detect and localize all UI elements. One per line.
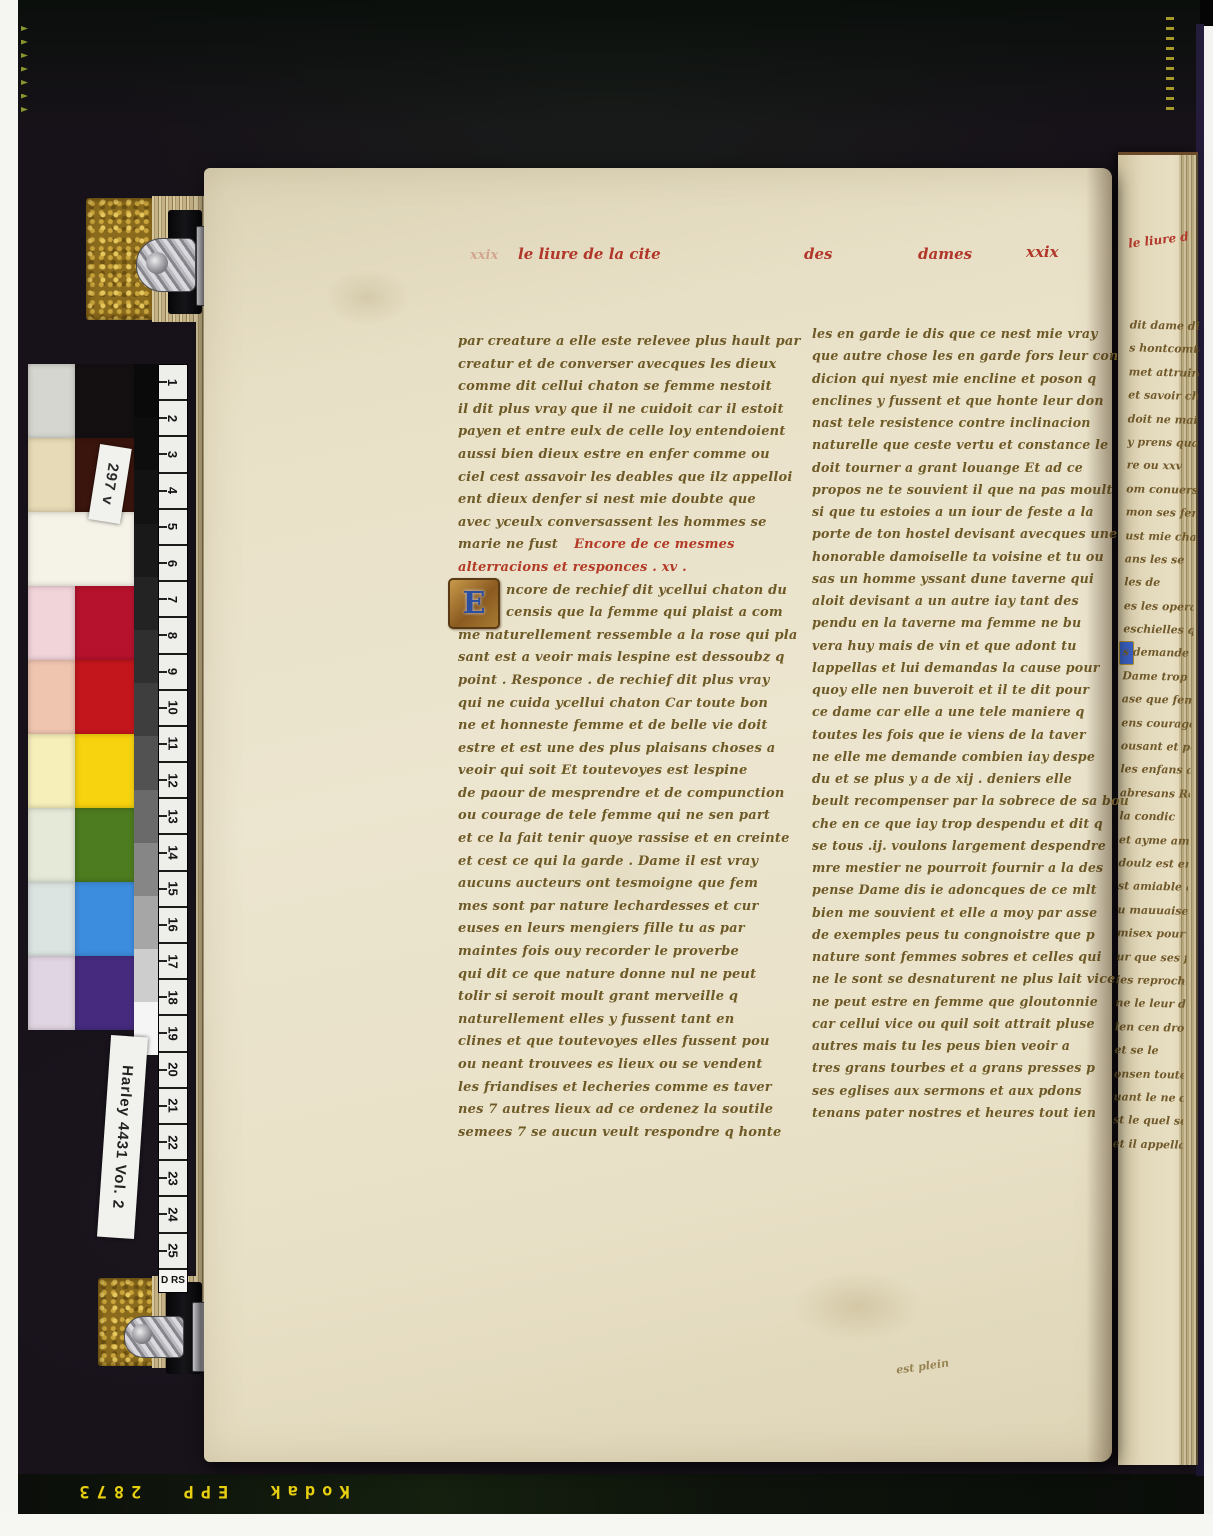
grayscale-step (134, 417, 158, 470)
illuminated-initial: E (448, 578, 500, 629)
text-line: pendu en la taverne ma femme ne bu (812, 615, 1100, 637)
grayscale-step (134, 364, 158, 417)
text-line: du et se plus y a de xij . deniers elle (812, 771, 1100, 793)
text-line: nature sont femmes sobres et celles qui (812, 949, 1100, 971)
text-line: comme dit cellui chaton se femme nestoit (458, 379, 754, 402)
ruler-unit: 13 (159, 799, 187, 835)
text-line: semees 7 se aucun veult respondre q hont… (458, 1125, 754, 1148)
text-line: me naturellement ressemble a la rose qui… (458, 628, 754, 651)
text-line: bien me souvient et elle a moy par asse (812, 905, 1100, 927)
text-line: tenans pater nostres et heures tout ien (812, 1105, 1100, 1127)
ruler-number: 4 (165, 487, 180, 494)
color-target-row (28, 808, 135, 882)
text-line: enclines y fussent et que honte leur don (812, 393, 1100, 415)
text-line: se tous .ij. voulons largement despendre (812, 838, 1100, 860)
facing-text-line: ust mie charre (1125, 529, 1195, 554)
ruler-number: 2 (165, 415, 180, 422)
text-line: doit tourner a grant louange Et ad ce (812, 460, 1100, 482)
text-line: veoir qui soit Et toutevoyes est lespine (458, 763, 754, 786)
facing-text-line: st amiable que (1118, 880, 1188, 905)
text-line: nes 7 autres lieux ad ce ordenez la sout… (458, 1102, 754, 1125)
text-line: ne le sont se desnaturent ne plus lait v… (812, 971, 1100, 993)
ruler-unit: 16 (159, 908, 187, 944)
color-target-row (28, 882, 135, 956)
facing-text-line: s demande que (1122, 646, 1192, 671)
facing-text-line: re ou xxv (1126, 459, 1196, 484)
facing-text-line: ase que fem (1121, 693, 1191, 718)
text-line: quoy elle nen buveroit et il te dit pour (812, 682, 1100, 704)
color-patch (75, 364, 135, 438)
text-line: tolir si seroit moult grant merveille q (458, 989, 754, 1012)
text-line: les en garde ie dis que ce nest mie vray (812, 326, 1100, 348)
ruler-number: 25 (166, 1243, 181, 1257)
color-patch (75, 882, 135, 956)
facing-text-line: y prens quald (1127, 435, 1197, 460)
ruler-unit: 14 (159, 835, 187, 871)
text-line: de paour de mesprendre et de compunction (458, 786, 754, 809)
color-patch (28, 734, 75, 808)
ruler-number: 14 (166, 845, 181, 859)
ruler-number: 20 (166, 1062, 181, 1076)
ruler-unit: 7 (159, 582, 187, 618)
facing-text-line: u mauuaise ge (1117, 903, 1187, 928)
ruler-unit: 10 (159, 691, 187, 727)
ruler-number: 19 (166, 1026, 181, 1040)
ruler-number: 5 (165, 523, 180, 530)
clasp-rivet-top (146, 252, 168, 274)
facing-text-line: dit dame dis re (1129, 318, 1199, 343)
text-line: les friandises et lecheries comme es tav… (458, 1080, 754, 1103)
text-line: aucuns aucteurs ont tesmoigne que fem (458, 876, 754, 899)
facing-text-line: abresans Resp (1120, 786, 1190, 811)
grayscale-step (134, 630, 158, 683)
facing-text-line: doit ne mais le (1127, 412, 1197, 437)
facing-text-line: uant le ne dit (1113, 1090, 1183, 1115)
grayscale-step (134, 843, 158, 896)
ruler-number: 23 (166, 1171, 181, 1185)
text-line: propos ne te souvient il que na pas moul… (812, 482, 1100, 504)
text-line: qui ne cuida ycellui chaton Car toute bo… (458, 696, 754, 719)
text-line: ne peut estre en femme que gloutonnie (812, 994, 1100, 1016)
text-line: euses en leurs mengiers fille tu as par (458, 921, 754, 944)
facing-text-line: et savoir chose (1128, 389, 1198, 414)
facing-text-line: et ayme amiab (1119, 833, 1189, 858)
photographed-manuscript-scene: { "photo": { "film_label": "Kodak EPP 28… (0, 0, 1213, 1536)
facing-text-line: ens courage et (1121, 716, 1191, 741)
ruler-unit: 6 (159, 546, 187, 582)
ruler-number: 22 (166, 1135, 181, 1149)
text-line: maintes fois ouy recorder le proverbe (458, 944, 754, 967)
ruler-unit: 1 (159, 365, 187, 401)
rubric-red-text: Encore de ce mesmes (574, 537, 735, 552)
text-line: pense Dame dis ie adoncques de ce mlt (812, 882, 1100, 904)
text-line: et cest ce qui la garde . Dame il est vr… (458, 854, 754, 877)
text-line: ou courage de tele femme qui ne sen part (458, 808, 754, 831)
ruler-unit: 11 (159, 727, 187, 763)
folio-label-text: 297 v (98, 462, 121, 507)
color-target-row (28, 660, 135, 734)
text-line: creatur et de converser avecques les die… (458, 357, 754, 380)
text-line: que autre chose les en garde fors leur c… (812, 348, 1100, 370)
facing-text-line: om conuerso t (1126, 482, 1196, 507)
text-line: mes sont par nature lechardesses et cur (458, 899, 754, 922)
facing-text-line: s hontcomtes e (1129, 342, 1199, 367)
facing-page-edge: le liure d dit dame dis res hontcomtes e… (1118, 152, 1198, 1465)
rubric-lead-text: marie ne fust (458, 537, 558, 552)
mixed-rubric-line: marie ne fustEncore de ce mesmes (458, 537, 754, 560)
ruler-number: 9 (165, 668, 180, 675)
color-patch (28, 808, 75, 882)
text-line: point . Responce . de rechief dit plus v… (458, 673, 754, 696)
text-line: ciel cest assavoir les deables que ilz a… (458, 470, 754, 493)
color-target-row (28, 734, 135, 808)
facing-text-line: ur que ses fem (1116, 950, 1186, 975)
text-line: clines et que toutevoyes elles fussent p… (458, 1034, 754, 1057)
facing-text-line: eschielles que (1123, 622, 1193, 647)
ruler-unit: 5 (159, 510, 187, 546)
text-line: ne et honneste femme et de belle vie doi… (458, 718, 754, 741)
film-edge-strip: Kodak EPP 2873 (18, 1474, 1204, 1516)
text-line: aloit devisant a un autre iay tant des (812, 593, 1100, 615)
running-header-des: des (804, 245, 832, 263)
facing-text-line: ne le leur dien (1115, 997, 1185, 1022)
text-line: naturelle que ceste vertu et constance l… (812, 437, 1100, 459)
ruler-unit: 23 (159, 1161, 187, 1197)
ruler-unit: 17 (159, 944, 187, 980)
ruler-unit: 12 (159, 763, 187, 799)
text-line: ce dame car elle a une tele maniere q (812, 704, 1100, 726)
text-line: ent dieux denfer si nest mie doubte que (458, 492, 754, 515)
text-line: porte de ton hostel devisant avecques un… (812, 526, 1100, 548)
calibration-ruler: 1234567891011121314151617181920212223242… (158, 364, 188, 1293)
ruler-number: 1 (165, 378, 180, 385)
ruler-number: 11 (166, 737, 181, 751)
ruler-end-label: D RS (159, 1270, 187, 1292)
text-line: ncore de rechief dit ycellui chaton du (506, 583, 754, 606)
color-patch (28, 364, 75, 438)
text-line: si que tu estoies a un iour de feste a l… (812, 504, 1100, 526)
ruler-number: 6 (165, 559, 180, 566)
color-patch (28, 882, 75, 956)
ruler-unit: 25 (159, 1234, 187, 1270)
ruler-unit: 24 (159, 1197, 187, 1233)
ruler-unit: 2 (159, 401, 187, 437)
facing-text-line: ies reproche car (1116, 973, 1186, 998)
text-line: sas un homme yssant dune taverne qui (812, 571, 1100, 593)
ruler-unit: 8 (159, 618, 187, 654)
manuscript-page: xxix le liure de la cite des dames xxix … (204, 168, 1112, 1462)
color-target-row (28, 364, 135, 438)
color-patch (28, 586, 75, 660)
ruler-number: 16 (166, 918, 181, 932)
grayscale-strip (134, 364, 158, 1055)
running-header-ghost: xxix (470, 248, 498, 263)
text-line: vera huy mais de vin et que adont tu (812, 638, 1100, 660)
text-line: par creature a elle este relevee plus ha… (458, 334, 754, 357)
color-patch (75, 956, 135, 1030)
text-line: aussi bien dieux estre en enfer comme ou (458, 447, 754, 470)
facing-text-line: len cen dron (1115, 1020, 1185, 1045)
grayscale-step (134, 790, 158, 843)
facing-text-line: met attruire les (1128, 365, 1198, 390)
text-column-right: les en garde ie dis que ce nest mie vray… (812, 326, 1100, 1127)
film-stock-label: Kodak EPP 2873 (18, 1476, 404, 1506)
ruler-unit: 21 (159, 1089, 187, 1125)
facing-text-line: doulz est en ce (1118, 856, 1188, 881)
ruler-number: 7 (165, 596, 180, 603)
grayscale-step (134, 524, 158, 577)
facing-text-line: et il appella bn (1112, 1137, 1182, 1162)
facing-text-line: misex pour toir (1117, 926, 1187, 951)
text-line: de exemples peus tu congnoistre que p (812, 927, 1100, 949)
facing-text-line: la condic (1119, 809, 1189, 834)
text-line: che en ce que iay trop despendu et dit q (812, 816, 1100, 838)
facing-text-line: es les operaud (1123, 599, 1193, 624)
photo-border-bottom (0, 1514, 1213, 1536)
text-line: dicion qui nyest mie encline et poson q (812, 371, 1100, 393)
text-line: autres mais tu les peus bien veoir a (812, 1038, 1100, 1060)
shelfmark-label-text: Harley 4431 Vol. 2 (109, 1064, 136, 1209)
text-line: ses eglises aux sermons et aux pdons (812, 1083, 1100, 1105)
running-header-chapter-numeral: xxix (1026, 243, 1059, 261)
facing-text-line: et se le (1114, 1043, 1184, 1068)
facing-text-line: Dame trop (1122, 669, 1192, 694)
ruler-number: 18 (166, 990, 181, 1004)
text-line: car cellui vice ou quil soit attrait plu… (812, 1016, 1100, 1038)
ruler-number: 17 (166, 954, 181, 968)
photo-border-left (0, 0, 18, 1536)
text-line: ne elle me demande combien iay despe (812, 749, 1100, 771)
photo-border-right (1204, 26, 1213, 1536)
facing-text-line: les de (1124, 576, 1194, 601)
color-patch (75, 660, 135, 734)
ruler-number: 10 (166, 701, 181, 715)
running-header-dames: dames (918, 245, 972, 263)
text-column-left: par creature a elle este relevee plus ha… (458, 334, 754, 1147)
scribe-note: est plein (895, 1356, 949, 1376)
ruler-unit: 22 (159, 1125, 187, 1161)
text-line: lappellas et lui demandas la cause pour (812, 660, 1100, 682)
text-line: payen et entre eulx de celle loy entendo… (458, 424, 754, 447)
text-line: mre mestier ne pourroit fournir a la des (812, 860, 1100, 882)
color-patch (28, 438, 75, 512)
text-line: il dit plus vray que il ne cuidoit car i… (458, 402, 754, 425)
facing-text-line: les enfans aue (1120, 763, 1190, 788)
ruler-number: 8 (165, 632, 180, 639)
color-target-row (28, 956, 135, 1030)
text-line: ou neant trouvees es lieux ou se vendent (458, 1057, 754, 1080)
grayscale-step (134, 470, 158, 523)
color-patch (75, 808, 135, 882)
ruler-number: 24 (166, 1207, 181, 1221)
color-patch (75, 586, 135, 660)
facing-text-line: onsen toutes (1114, 1067, 1184, 1092)
ruler-number: 21 (166, 1099, 181, 1113)
grayscale-step (134, 577, 158, 630)
text-line: censis que la femme qui plaist a com (506, 605, 754, 628)
text-line: et ce la fait tenir quoye rassise et en … (458, 831, 754, 854)
grayscale-step (134, 683, 158, 736)
color-patch (75, 734, 135, 808)
ruler-unit: 20 (159, 1053, 187, 1089)
text-line: estre et est une des plus plaisans chose… (458, 741, 754, 764)
text-line: nast tele resistence contre inclinacion (812, 415, 1100, 437)
grayscale-step (134, 736, 158, 789)
text-line: qui dit ce que nature donne nul ne peut (458, 967, 754, 990)
color-patch (28, 956, 75, 1030)
facing-text-line: ousant et pour (1121, 739, 1191, 764)
text-line: tres grans tourbes et a grans presses p (812, 1060, 1100, 1082)
ruler-number: 13 (166, 809, 181, 823)
running-header-title: le liure de la cite (518, 245, 661, 263)
rubric-line: alterracions et responces . xv . (458, 560, 754, 583)
clasp-rivet-bottom (132, 1324, 152, 1344)
text-line: beult recompenser par la sobrece de sa b… (812, 793, 1100, 815)
ruler-unit: 3 (159, 437, 187, 473)
facing-text-line: st le quel seroit l (1113, 1113, 1183, 1138)
ruler-unit: 19 (159, 1016, 187, 1052)
facing-text-line: ans les se (1124, 552, 1194, 577)
ruler-unit: 18 (159, 980, 187, 1016)
text-line: honorable damoiselle ta voisine et tu ou (812, 549, 1100, 571)
ruler-unit: 15 (159, 872, 187, 908)
ruler-number: 12 (166, 773, 181, 787)
text-line: naturellement elles y fussent tant en (458, 1012, 754, 1035)
ruler-number: 3 (165, 451, 180, 458)
color-target-row (28, 586, 135, 660)
text-line: avec yceulx conversassent les hommes se (458, 515, 754, 538)
ruler-number: 15 (166, 881, 181, 895)
text-line: sant est a veoir mais lespine est dessou… (458, 650, 754, 673)
ruler-unit: 4 (159, 474, 187, 510)
ruler-unit: 9 (159, 655, 187, 691)
grayscale-step (134, 949, 158, 1002)
grayscale-step (134, 896, 158, 949)
color-patch (28, 660, 75, 734)
text-line: toutes les fois que ie viens de la taver (812, 727, 1100, 749)
facing-text-line: mon ses fem (1125, 505, 1195, 530)
